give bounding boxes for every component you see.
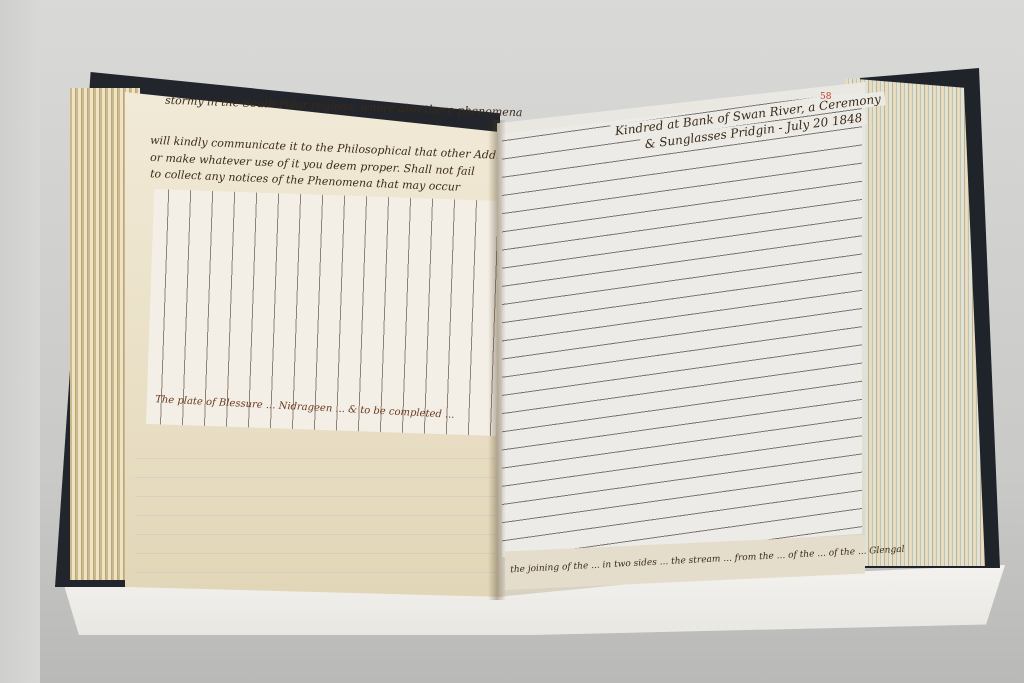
- background-wall: [0, 0, 40, 683]
- page-edges-right: [845, 78, 985, 566]
- left-page-ruled-lines: [135, 440, 495, 580]
- right-page-handwriting: [502, 92, 862, 557]
- book-gutter: [488, 120, 506, 600]
- page-number: 58: [820, 92, 831, 102]
